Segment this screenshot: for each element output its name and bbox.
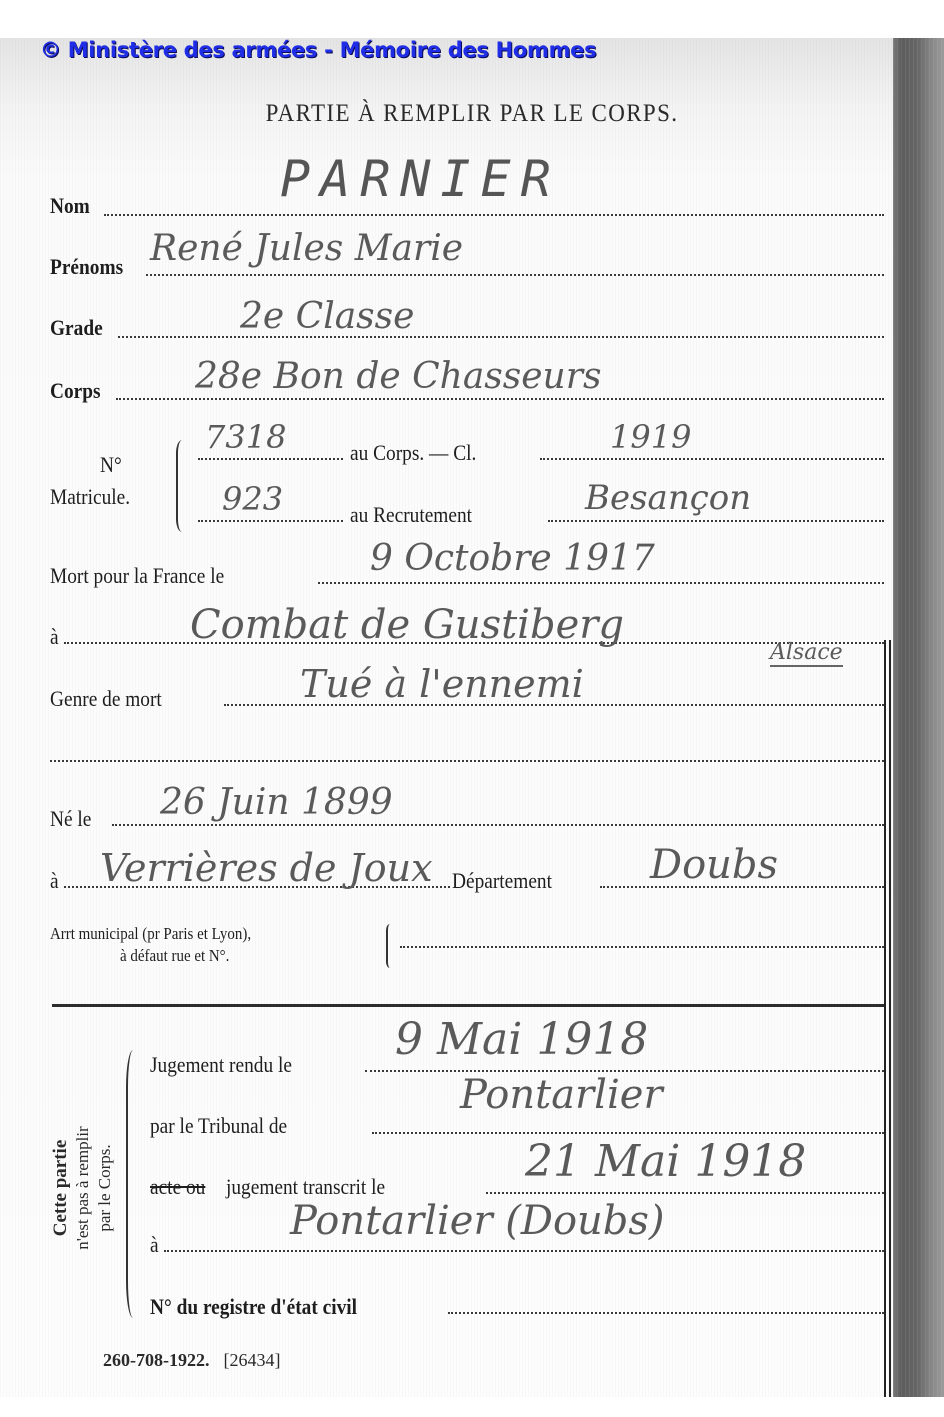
transcrit-label-struck: acte ou xyxy=(150,1174,205,1200)
transcrit-value: 21 Mai 1918 xyxy=(525,1136,806,1187)
departement-value: Doubs xyxy=(650,842,778,888)
matricule-classe: 1919 xyxy=(610,418,691,456)
form-footer: 260-708-1922.[26434] xyxy=(103,1350,281,1371)
grade-label: Grade xyxy=(50,315,103,341)
tribunal-line xyxy=(372,1132,884,1134)
lieu-deces-value: Combat de Gustiberg xyxy=(190,602,624,648)
ne-le-line xyxy=(112,824,884,826)
corps-value: 28e Bon de Chasseurs xyxy=(195,356,601,397)
lower-section-brace xyxy=(126,1050,140,1318)
side-note-line-3: par le Corps. xyxy=(94,1078,116,1298)
matricule-label: Matricule. xyxy=(50,484,130,510)
side-note-line-1: Cette partie xyxy=(50,1078,72,1298)
matricule-corps-label: au Corps. — Cl. xyxy=(350,440,476,466)
jugement-rendu-value: 9 Mai 1918 xyxy=(395,1014,648,1065)
lieu-deces-label: à xyxy=(50,624,59,650)
section-divider xyxy=(52,1004,884,1007)
tribunal-value: Pontarlier xyxy=(460,1072,663,1118)
matricule-label-no: N° xyxy=(100,452,122,478)
transcrit-line xyxy=(486,1192,884,1194)
nom-value: PARNIER xyxy=(280,150,561,208)
mort-line xyxy=(318,582,884,584)
jugement-rendu-label: Jugement rendu le xyxy=(150,1052,292,1078)
matricule-recrutement-place: Besançon xyxy=(585,478,751,518)
corps-line xyxy=(116,398,884,400)
prenoms-label: Prénoms xyxy=(50,254,123,280)
ne-le-label: Né le xyxy=(50,806,91,832)
lieu-naissance-label: à xyxy=(50,868,59,894)
arrondissement-line xyxy=(400,946,884,948)
side-note-line-2: n'est pas à remplir xyxy=(72,1078,94,1298)
genre-mort-label: Genre de mort xyxy=(50,686,162,712)
transcrit-label: jugement transcrit le xyxy=(226,1174,385,1200)
blank-line xyxy=(50,760,884,762)
grade-value: 2e Classe xyxy=(240,296,414,337)
departement-label: Département xyxy=(452,868,552,894)
genre-mort-value: Tué à l'ennemi xyxy=(300,662,584,706)
side-note: Cette partie n'est pas à remplir par le … xyxy=(50,1078,130,1298)
matricule-brace xyxy=(176,440,188,532)
grade-line xyxy=(118,336,884,338)
arrondissement-label-2: à défaut rue et N°. xyxy=(120,946,229,966)
matricule-corps-line-a xyxy=(198,458,343,460)
footer-ref: [26434] xyxy=(224,1350,281,1370)
ne-le-value: 26 Juin 1899 xyxy=(160,782,393,823)
copyright-watermark: © Ministère des armées - Mémoire des Hom… xyxy=(40,38,596,62)
matricule-recrutement-line-a xyxy=(198,520,343,522)
registre-line xyxy=(448,1312,884,1314)
tribunal-label: par le Tribunal de xyxy=(150,1113,287,1139)
matricule-recrutement-label: au Recrutement xyxy=(350,502,472,528)
matricule-corps-number: 7318 xyxy=(205,418,286,456)
matricule-recrutement-number: 923 xyxy=(222,480,283,518)
corps-label: Corps xyxy=(50,378,101,404)
mort-value: 9 Octobre 1917 xyxy=(370,538,655,579)
lieu-deces-annotation: Alsace xyxy=(770,640,843,667)
registre-label: N° du registre d'état civil xyxy=(150,1294,357,1320)
prenoms-line xyxy=(146,274,884,276)
binding-strip xyxy=(893,38,944,1397)
lieu-naissance-value: Verrières de Joux xyxy=(100,846,433,890)
prenoms-value: René Jules Marie xyxy=(150,228,463,269)
arrondissement-label: Arrt municipal (pr Paris et Lyon), xyxy=(50,924,251,944)
lieu-transcription-line xyxy=(164,1250,884,1252)
lieu-transcription-label: à xyxy=(150,1232,159,1258)
nom-line xyxy=(104,214,884,216)
matricule-recrutement-line-b xyxy=(548,520,884,522)
lieu-transcription-value: Pontarlier (Doubs) xyxy=(290,1198,665,1244)
right-border-rule xyxy=(884,640,886,1397)
right-border-rule-inner xyxy=(889,640,891,1397)
form-heading: PARTIE À REMPLIR PAR LE CORPS. xyxy=(38,100,906,128)
footer-code: 260-708-1922. xyxy=(103,1350,210,1370)
nom-label: Nom xyxy=(50,193,90,219)
mort-label: Mort pour la France le xyxy=(50,563,224,589)
arrondissement-brace xyxy=(386,924,394,968)
matricule-classe-line xyxy=(540,458,884,460)
